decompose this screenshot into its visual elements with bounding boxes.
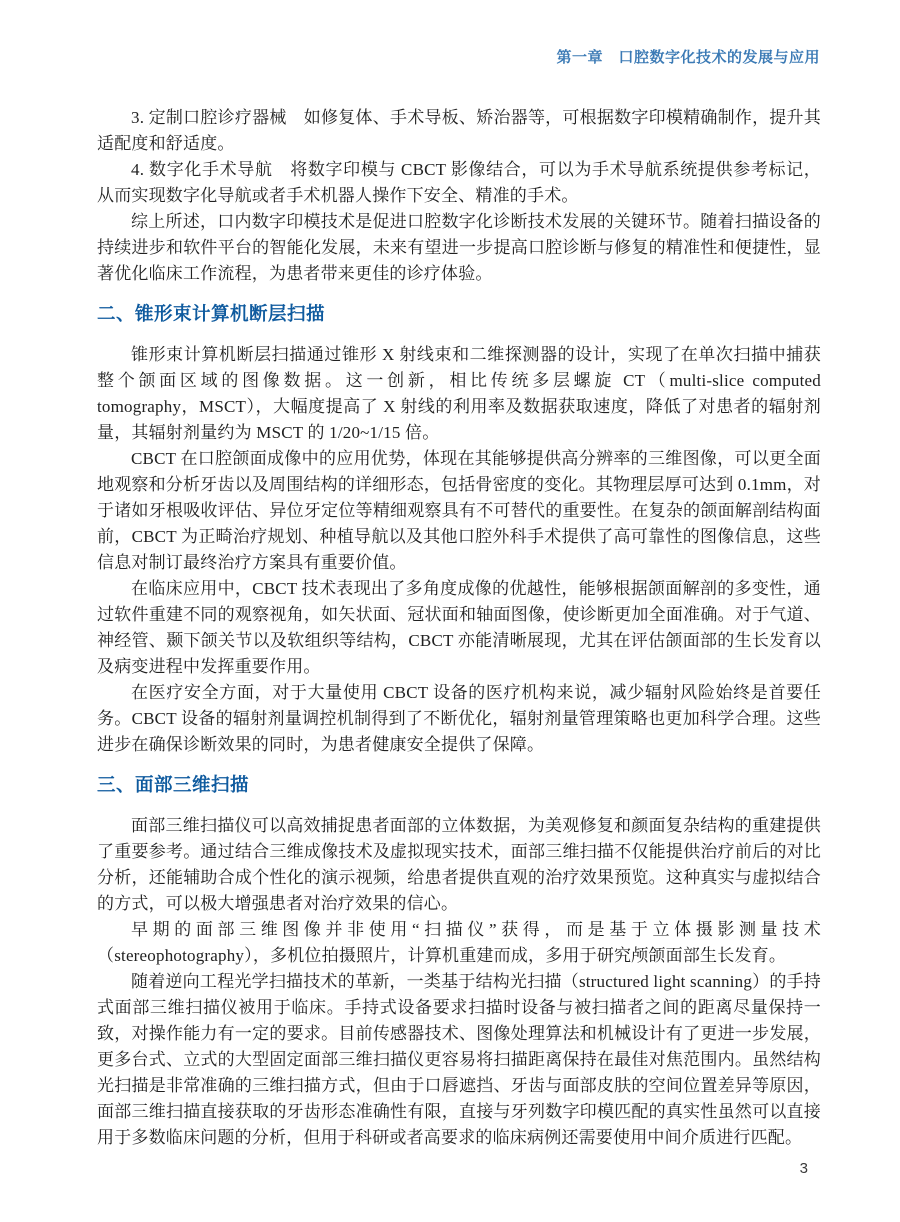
body-paragraph-facial-history: 早期的面部三维图像并非使用“扫描仪”获得，而是基于立体摄影测量技术（stereo… [97, 917, 821, 969]
running-head-chapter-title: 第一章 口腔数字化技术的发展与应用 [556, 46, 820, 67]
body-paragraph-summary: 综上所述，口内数字印模技术是促进口腔数字化诊断技术发展的关键环节。随着扫描设备的… [97, 209, 821, 287]
body-paragraph-cbct-advantages: CBCT 在口腔颌面成像中的应用优势，体现在其能够提供高分辨率的三维图像，可以更… [97, 446, 821, 576]
body-paragraph-item-4: 4. 数字化手术导航 将数字印模与 CBCT 影像结合，可以为手术导航系统提供参… [97, 157, 821, 209]
body-paragraph-cbct-safety: 在医疗安全方面，对于大量使用 CBCT 设备的医疗机构来说，减少辐射风险始终是首… [97, 680, 821, 758]
body-paragraph-facial-structured-light: 随着逆向工程光学扫描技术的革新，一类基于结构光扫描（structured lig… [97, 969, 821, 1151]
section-heading-facial-scan: 三、面部三维扫描 [97, 772, 821, 798]
body-paragraph-cbct-intro: 锥形束计算机断层扫描通过锥形 X 射线束和二维探测器的设计，实现了在单次扫描中捕… [97, 342, 821, 446]
body-paragraph-cbct-clinical: 在临床应用中，CBCT 技术表现出了多角度成像的优越性，能够根据颌面解剖的多变性… [97, 576, 821, 680]
section-heading-cbct: 二、锥形束计算机断层扫描 [97, 301, 821, 327]
body-paragraph-facial-intro: 面部三维扫描仪可以高效捕捉患者面部的立体数据，为美观修复和颜面复杂结构的重建提供… [97, 813, 821, 917]
page-number: 3 [800, 1160, 808, 1177]
page-body: 3. 定制口腔诊疗器械 如修复体、手术导板、矫治器等，可根据数字印模精确制作，提… [97, 105, 821, 1151]
book-page: 第一章 口腔数字化技术的发展与应用 3. 定制口腔诊疗器械 如修复体、手术导板、… [0, 0, 900, 1222]
body-paragraph-item-3: 3. 定制口腔诊疗器械 如修复体、手术导板、矫治器等，可根据数字印模精确制作，提… [97, 105, 821, 157]
